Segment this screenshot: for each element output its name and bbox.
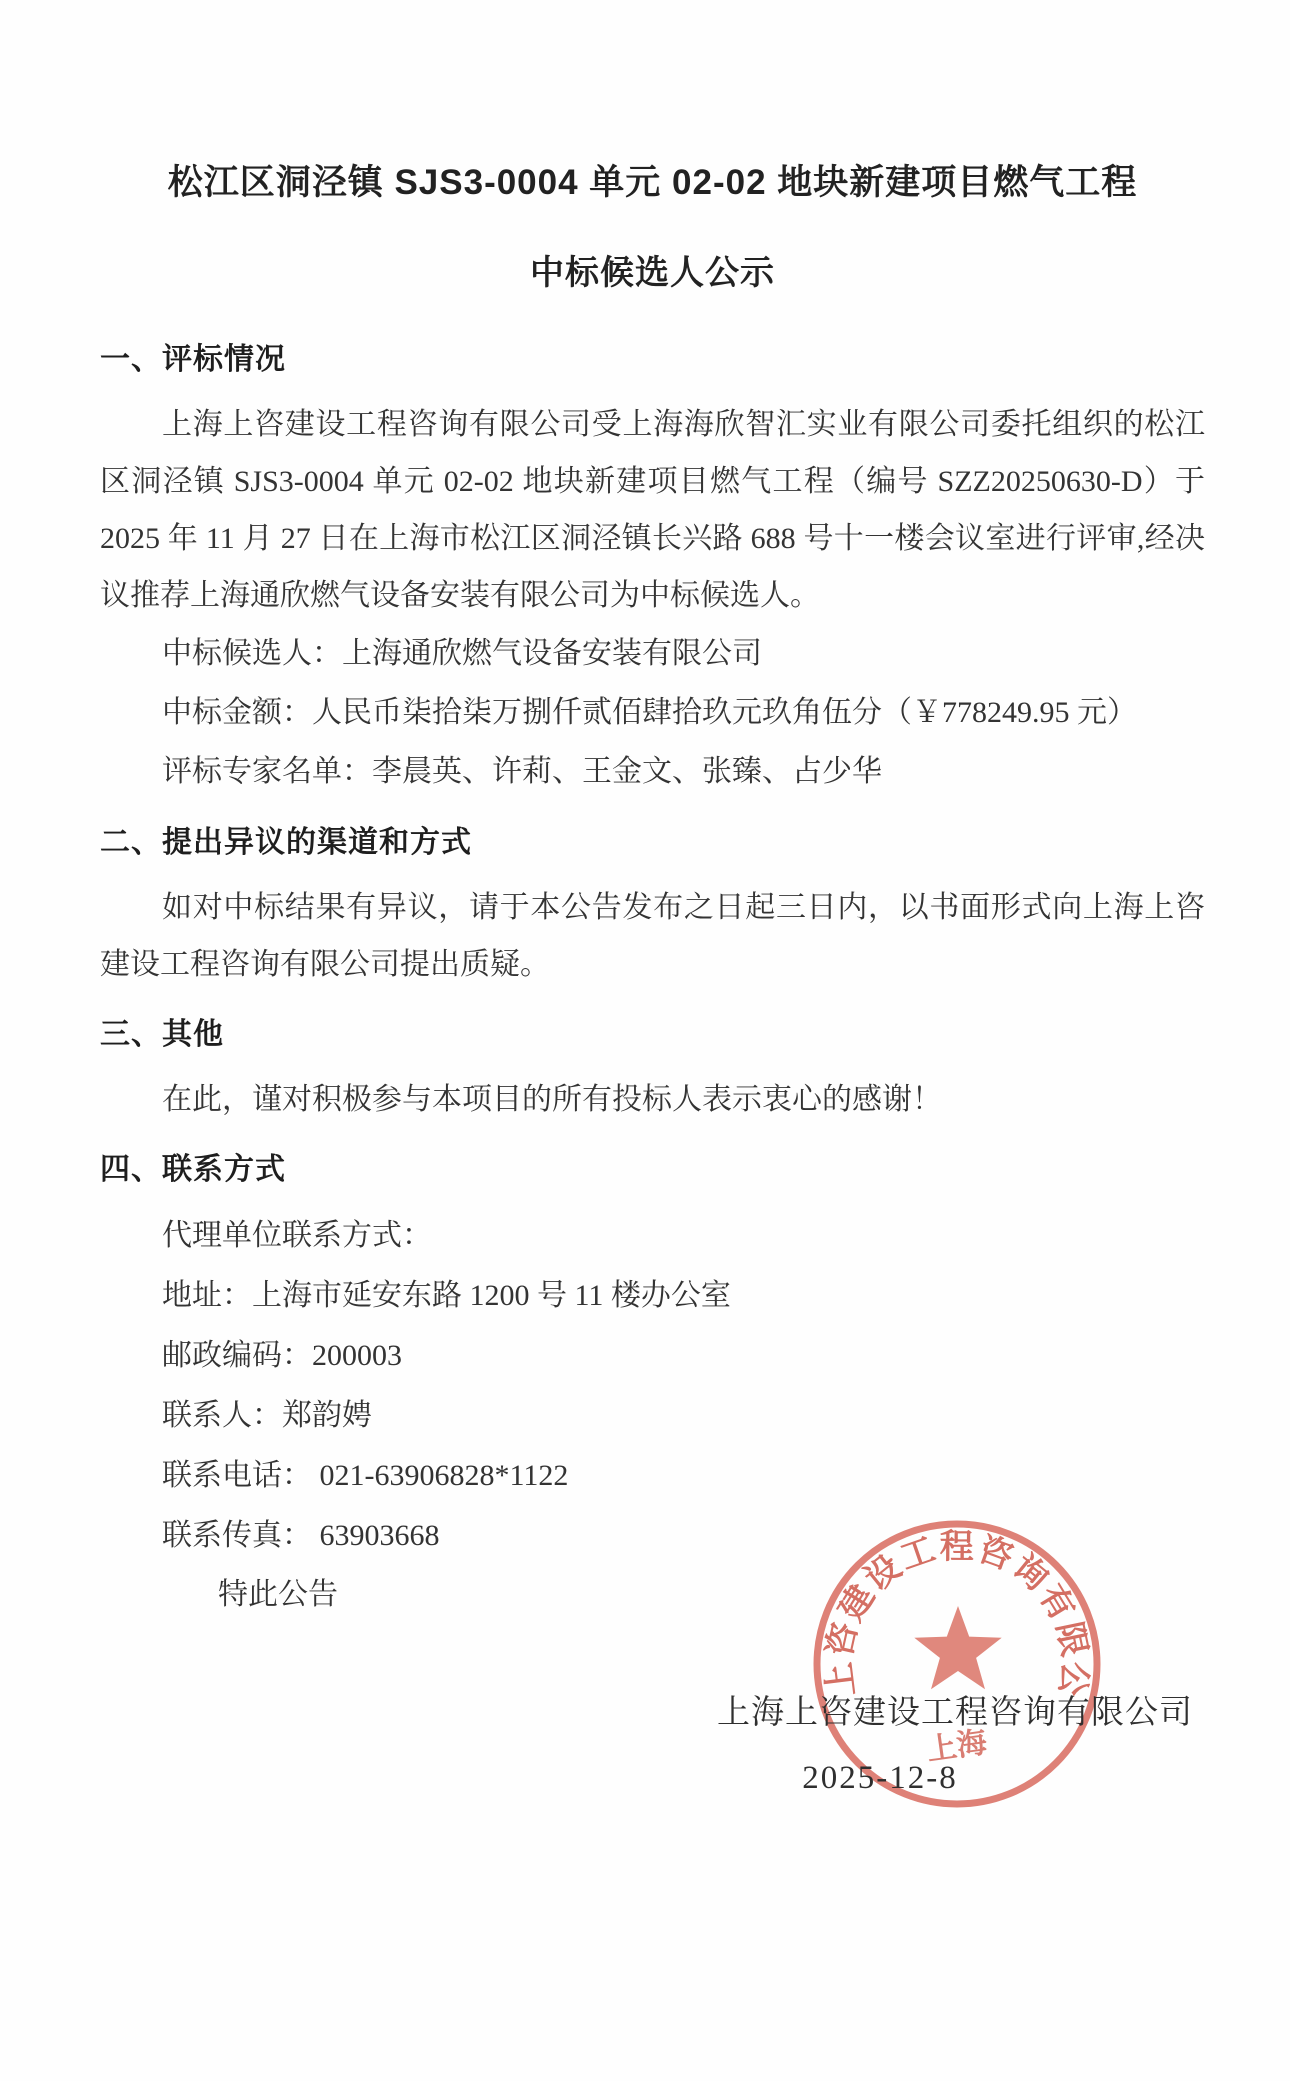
phone-line: 联系电话： 021-63906828*1122: [100, 1446, 1205, 1506]
postal-code-line: 邮政编码：200003: [100, 1326, 1205, 1386]
document-page: 松江区洞泾镇 SJS3-0004 单元 02-02 地块新建项目燃气工程 中标候…: [0, 0, 1290, 2081]
document-title-line2: 中标候选人公示: [100, 248, 1205, 298]
section-2-heading: 二、提出异议的渠道和方式: [100, 821, 1205, 865]
section-1-heading: 一、评标情况: [100, 338, 1205, 382]
experts-line: 评标专家名单：李晨英、许莉、王金文、张臻、占少华: [100, 742, 1205, 801]
amount-line: 中标金额：人民币柒拾柒万捌仟贰佰肆拾玖元玖角伍分（￥778249.95 元）: [100, 683, 1205, 742]
signature-date: 2025-12-8: [800, 1760, 960, 1797]
section-3-heading: 三、其他: [100, 1013, 1205, 1057]
document-title-line1: 松江区洞泾镇 SJS3-0004 单元 02-02 地块新建项目燃气工程: [100, 158, 1205, 208]
section-1-paragraph: 上海上咨建设工程咨询有限公司受上海海欣智汇实业有限公司委托组织的松江区洞泾镇 S…: [100, 396, 1205, 624]
section-2-paragraph: 如对中标结果有异议，请于本公告发布之日起三日内，以书面形式向上海上咨建设工程咨询…: [100, 879, 1205, 993]
address-line: 地址：上海市延安东路 1200 号 11 楼办公室: [100, 1266, 1205, 1326]
agency-contact-label: 代理单位联系方式：: [100, 1206, 1205, 1266]
section-4-heading: 四、联系方式: [100, 1148, 1205, 1192]
signature-company: 上海上咨建设工程咨询有限公司: [717, 1686, 1193, 1733]
winner-line: 中标候选人：上海通欣燃气设备安装有限公司: [100, 624, 1205, 683]
section-3-paragraph: 在此，谨对积极参与本项目的所有投标人表示衷心的感谢！: [100, 1071, 1205, 1128]
contact-person-line: 联系人：郑韵娉: [100, 1386, 1205, 1446]
star-icon: [914, 1606, 1001, 1689]
